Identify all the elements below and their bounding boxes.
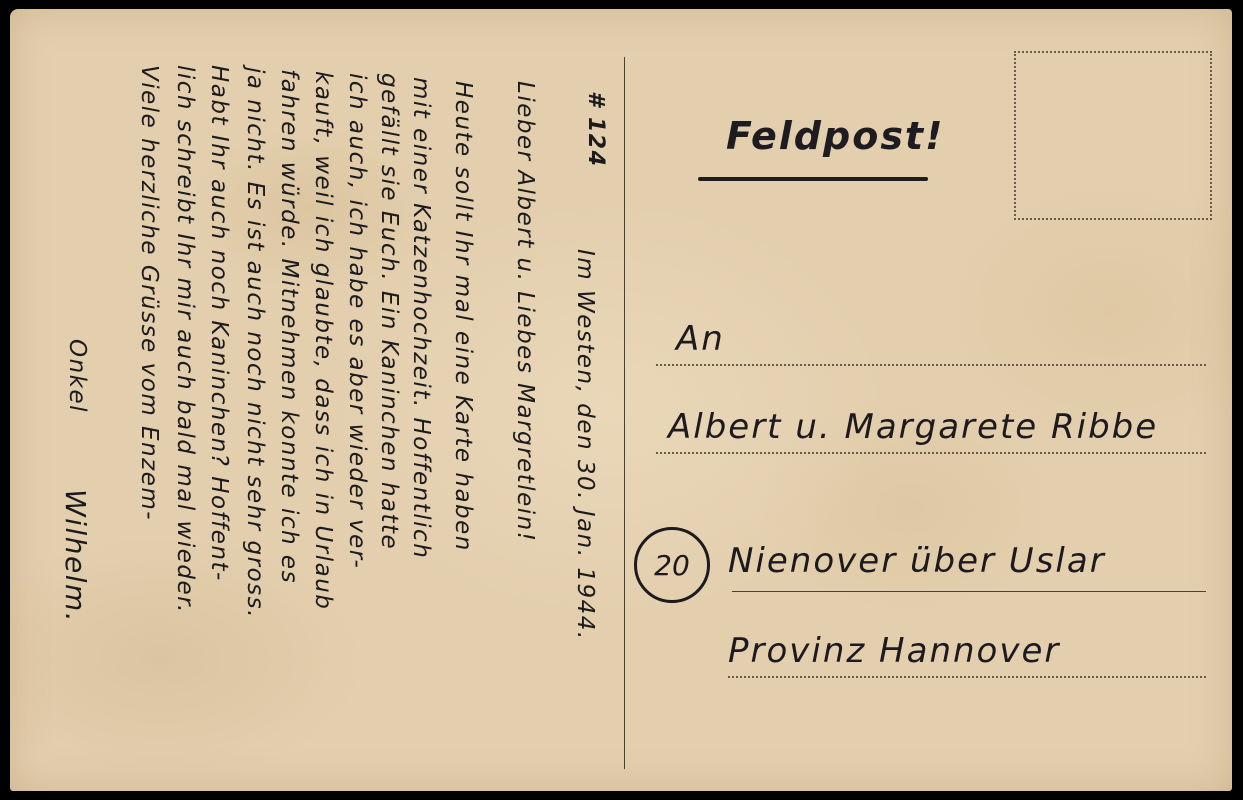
postcode: 20 bbox=[654, 549, 690, 582]
message-section: # 124 Im Westen, den 30. Jan. 1944. Lieb… bbox=[10, 9, 622, 791]
postcode-circle: 20 bbox=[634, 527, 710, 603]
message-line: Viele herzliche Grüsse vom Enzem- bbox=[136, 65, 162, 521]
message-line: kauft, weil ich glaubte, dass ich in Url… bbox=[310, 71, 336, 610]
postcard: # 124 Im Westen, den 30. Jan. 1944. Lieb… bbox=[10, 9, 1232, 791]
address-line-1 bbox=[656, 364, 1206, 366]
to-label: An bbox=[676, 319, 725, 359]
stamp-box bbox=[1014, 51, 1212, 220]
address-line-4 bbox=[728, 676, 1206, 678]
feldpost-underline bbox=[698, 177, 928, 181]
message-line: Habt Ihr auch noch Kaninchen? Hoffent- bbox=[206, 65, 232, 582]
address-line-3 bbox=[732, 591, 1206, 592]
recipient-name: Albert u. Margarete Ribbe bbox=[668, 407, 1158, 447]
place-date: Im Westen, den 30. Jan. 1944. bbox=[572, 249, 598, 641]
message-line: mit einer Katzenhochzeit. Hoffentlich bbox=[408, 77, 434, 559]
message-line: Heute sollt Ihr mal eine Karte haben bbox=[450, 81, 476, 552]
town: Nienover über Uslar bbox=[728, 541, 1106, 581]
message-line: lich schreibt Ihr mir auch bald mal wied… bbox=[172, 65, 198, 614]
message-line: gefällt sie Euch. Ein Kaninchen hatte bbox=[376, 73, 402, 550]
message-line: ja nicht. Es ist auch noch nicht sehr gr… bbox=[242, 67, 268, 619]
message-line: fahren würde. Mitnehmen konnte ich es bbox=[276, 69, 302, 584]
closing: Onkel bbox=[64, 339, 90, 413]
province: Provinz Hannover bbox=[728, 631, 1060, 671]
salutation: Lieber Albert u. Liebes Margretlein! bbox=[512, 81, 538, 542]
feldpost-header: Feldpost! bbox=[726, 114, 944, 158]
address-line-2 bbox=[656, 452, 1206, 454]
message-line: ich auch, ich habe es aber wieder ver- bbox=[344, 73, 370, 569]
signature: Wilhelm. bbox=[59, 489, 92, 623]
card-number: # 124 bbox=[583, 91, 608, 167]
divider-line bbox=[624, 57, 625, 769]
